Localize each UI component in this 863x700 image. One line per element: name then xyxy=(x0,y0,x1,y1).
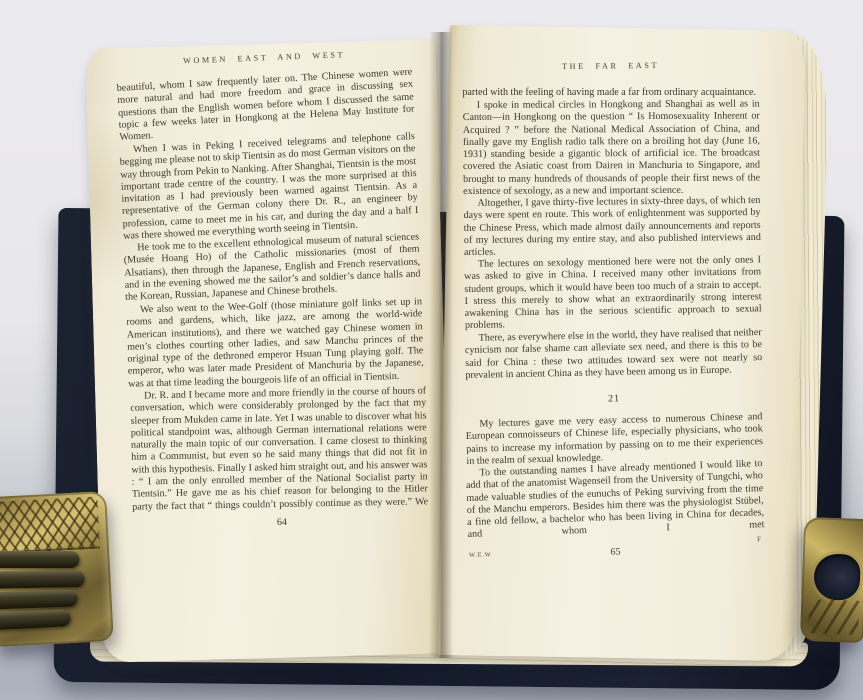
clamp-prong xyxy=(0,570,85,589)
paragraph: He took me to the excellent ethnological… xyxy=(123,232,421,305)
clamp-prong xyxy=(0,589,78,609)
clamp-prong xyxy=(0,609,71,630)
clamp-notch xyxy=(813,553,861,601)
clamp-prong xyxy=(0,551,79,568)
paragraph: We also went to the Wee-Golf (those mini… xyxy=(126,296,424,391)
section-number: 21 xyxy=(465,390,762,409)
paragraph: When I was in Peking I received telegram… xyxy=(119,131,419,243)
brass-clamp-left xyxy=(0,491,114,647)
paragraph: There, as everywhere else in the world, … xyxy=(465,327,763,382)
paragraph: The lectures on sexology mentioned here … xyxy=(464,255,762,333)
paragraph: Altogether, I gave thirty-five lectures … xyxy=(463,195,761,260)
brass-crosshatch xyxy=(0,496,100,553)
left-page-text: WOMEN EAST AND WEST beautiful, whom I sa… xyxy=(116,47,430,535)
paragraph: I spoke in medical circles in Hongkong a… xyxy=(463,98,761,198)
right-page-text: THE FAR EAST parted with the feeling of … xyxy=(462,59,764,563)
paragraph: Dr. R. and I became more and more friend… xyxy=(130,385,428,513)
brass-clamp-right xyxy=(800,517,863,643)
right-page-footer: W.E.W 65 F xyxy=(467,542,764,563)
running-header-right: THE FAR EAST xyxy=(462,59,759,74)
page-number-right: 65 xyxy=(610,546,620,557)
open-book-photo: WOMEN EAST AND WEST beautiful, whom I sa… xyxy=(0,0,863,700)
paragraph: To the outstanding names I have already … xyxy=(465,458,764,542)
gutter-shadow xyxy=(429,32,453,658)
signature-mark-left: W.E.W xyxy=(469,549,492,562)
signature-mark-right: F xyxy=(757,533,762,545)
